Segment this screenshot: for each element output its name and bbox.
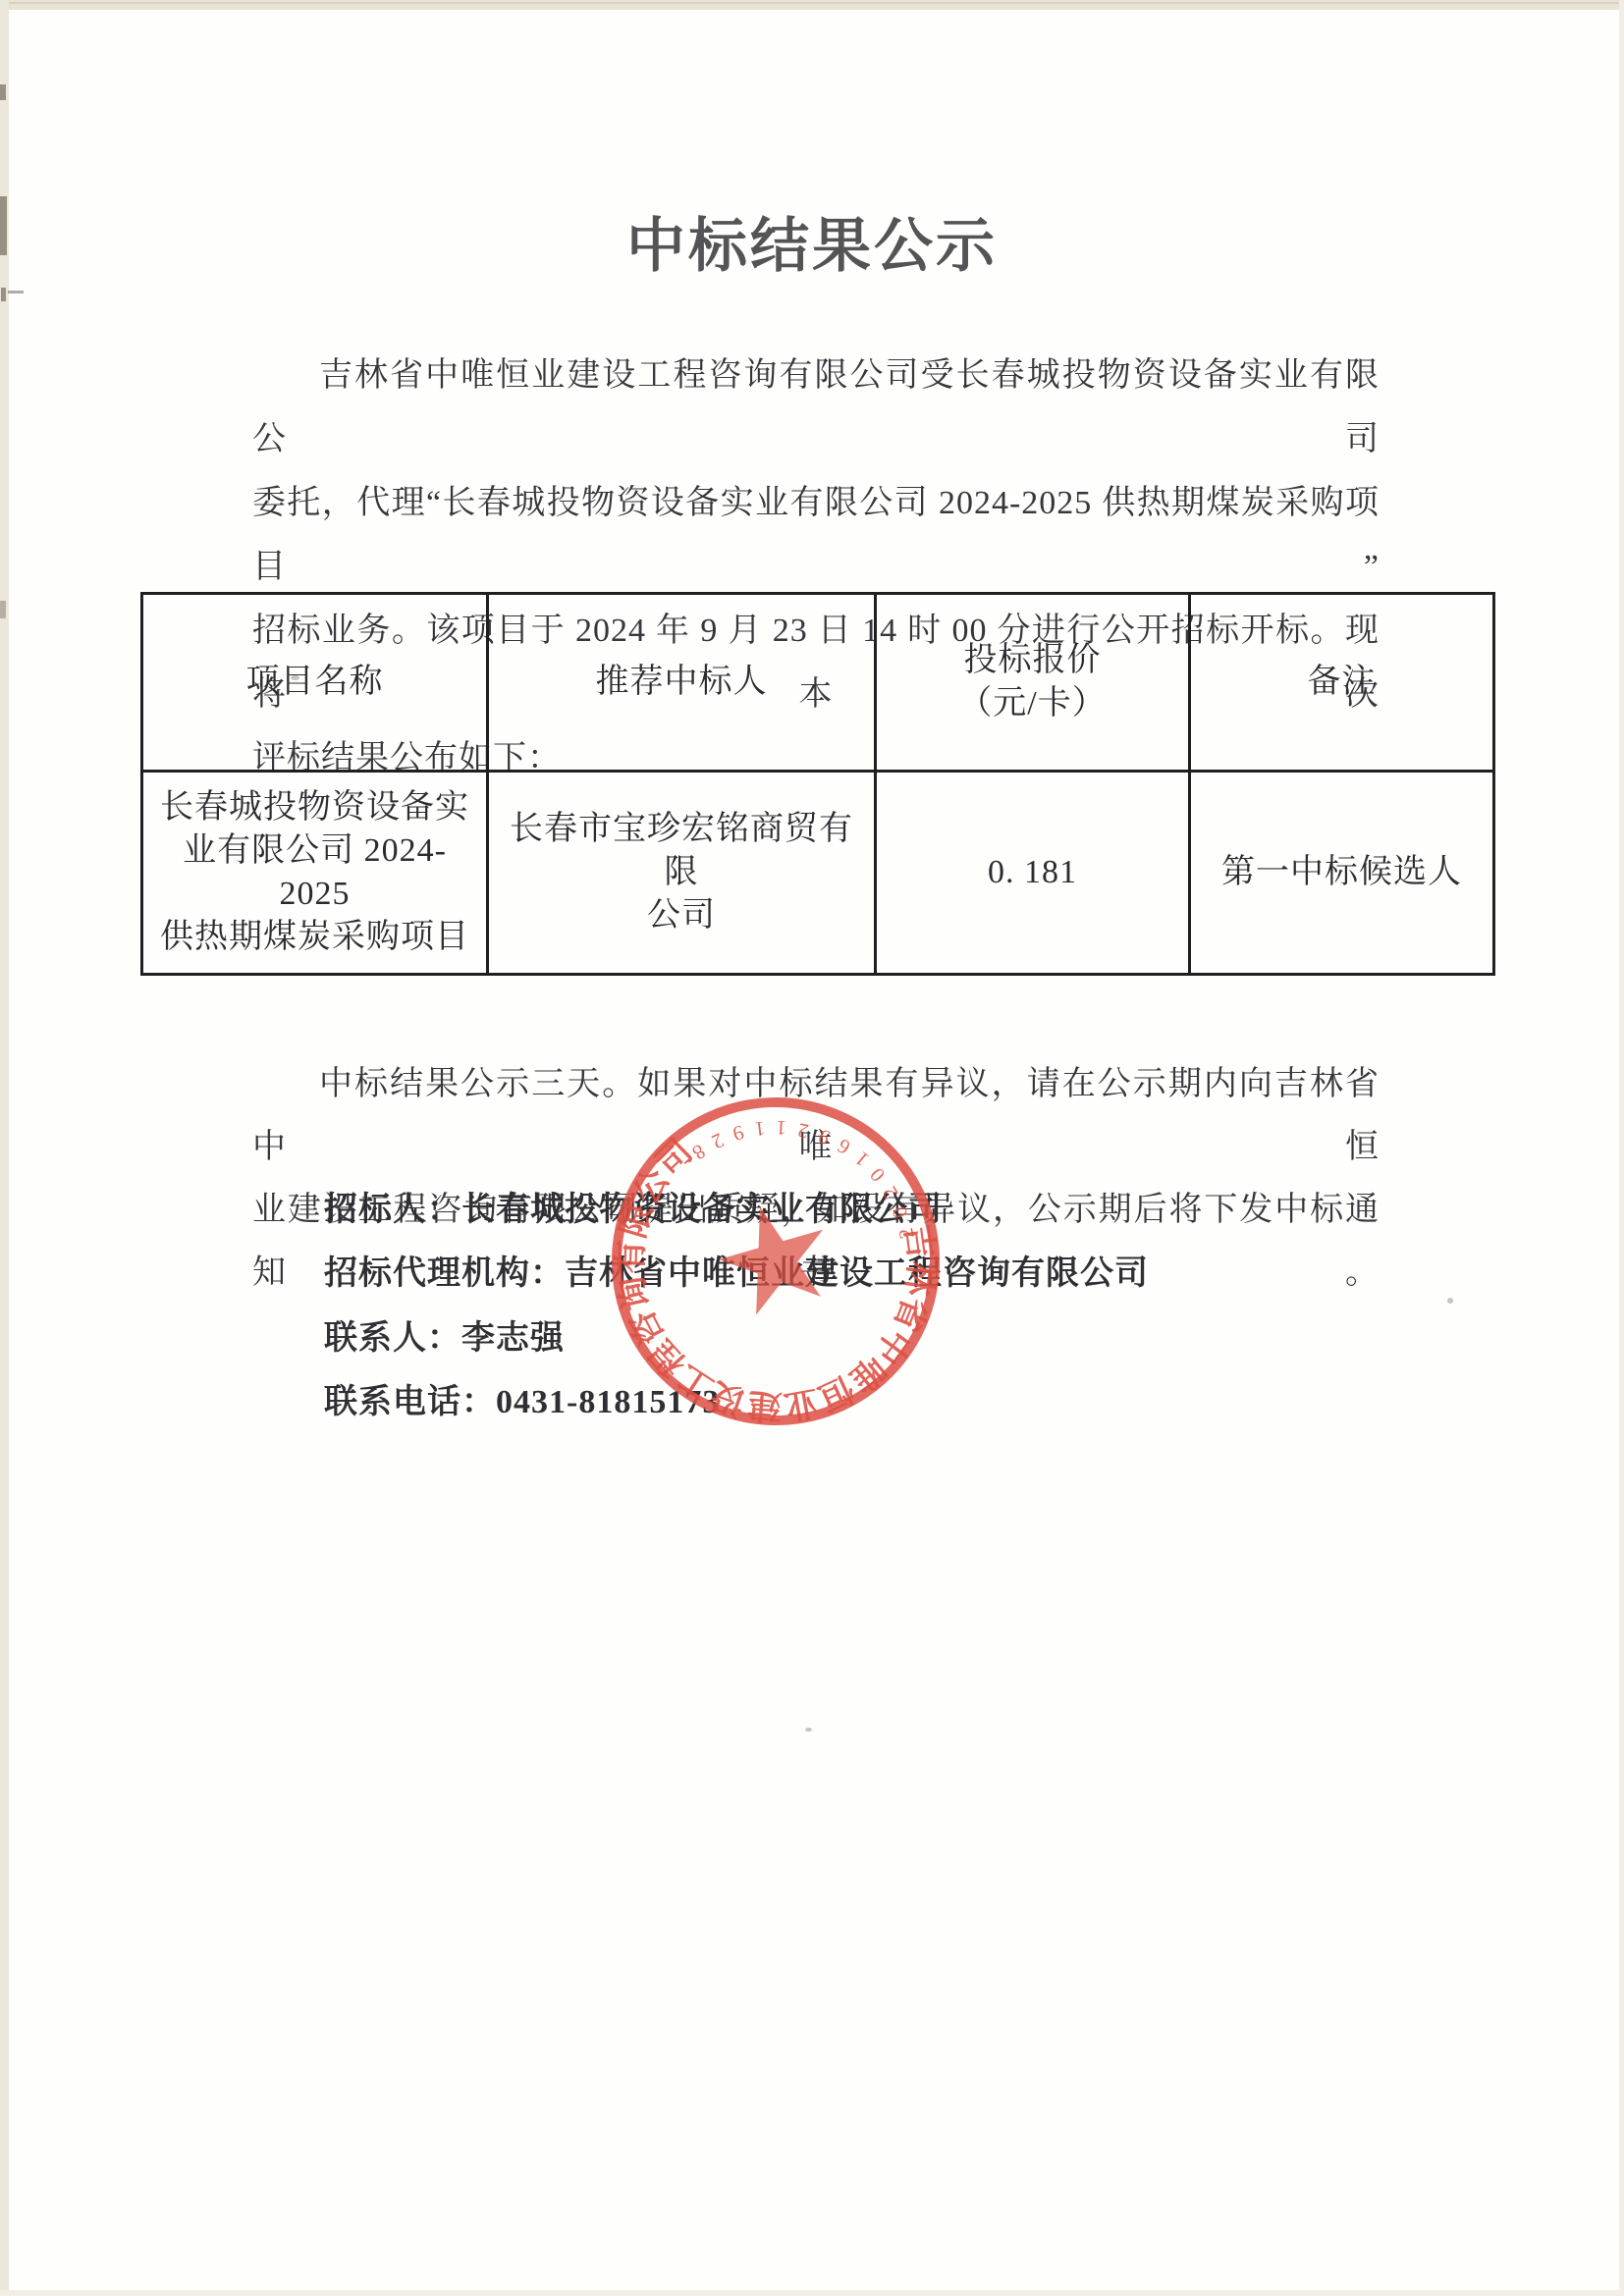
- scan-edge-bottom: [0, 2290, 1624, 2296]
- company-seal-stamp: 吉林省中唯恒业建设工程咨询有限公司 2020169211928: [599, 1085, 952, 1438]
- scan-edge-right: [1619, 0, 1624, 2296]
- cell-bid-price: 0. 181: [876, 772, 1190, 975]
- header-recommended-winner: 推荐中标人: [488, 594, 876, 772]
- scan-speck: [805, 1728, 812, 1732]
- page-title: 中标结果公示: [0, 199, 1624, 284]
- table-header-row: 项目名称 推荐中标人 投标报价 （元/卡） 备注: [142, 594, 1494, 772]
- cell-remark: 第一中标候选人: [1190, 772, 1494, 975]
- header-project-name: 项目名称: [142, 594, 488, 772]
- intro-line-1: 吉林省中唯恒业建设工程咨询有限公司受长春城投物资设备实业有限公司: [252, 344, 1380, 471]
- cell-recommended-winner: 长春市宝珍宏铭商贸有限 公司: [488, 772, 876, 975]
- header-bid-price: 投标报价 （元/卡）: [876, 594, 1190, 772]
- cell-project-name: 长春城投物资设备实 业有限公司 2024-2025 供热期煤炭采购项目: [142, 772, 488, 975]
- bid-result-table: 项目名称 推荐中标人 投标报价 （元/卡） 备注 长春城投物资设备实 业有限公司…: [140, 592, 1495, 976]
- header-remark: 备注: [1190, 594, 1494, 772]
- seal-star-icon: [705, 1200, 842, 1333]
- scan-edge-left: [0, 0, 9, 2296]
- scan-smudge: [1, 288, 6, 301]
- document-page: 中标结果公示 吉林省中唯恒业建设工程咨询有限公司受长春城投物资设备实业有限公司 …: [0, 0, 1624, 2296]
- seal-rotated-group: 吉林省中唯恒业建设工程咨询有限公司 2020169211928: [599, 1085, 952, 1438]
- table-row: 长春城投物资设备实 业有限公司 2024-2025 供热期煤炭采购项目 长春市宝…: [142, 772, 1494, 975]
- intro-line-2: 委托，代理“长春城投物资设备实业有限公司 2024-2025 供热期煤炭采购项目…: [252, 471, 1380, 599]
- scan-smudge: [8, 291, 24, 294]
- scan-speck: [1447, 1298, 1453, 1304]
- scan-smudge: [0, 84, 6, 100]
- scan-smudge: [0, 601, 6, 618]
- scan-edge-top-line: [0, 2, 1624, 4]
